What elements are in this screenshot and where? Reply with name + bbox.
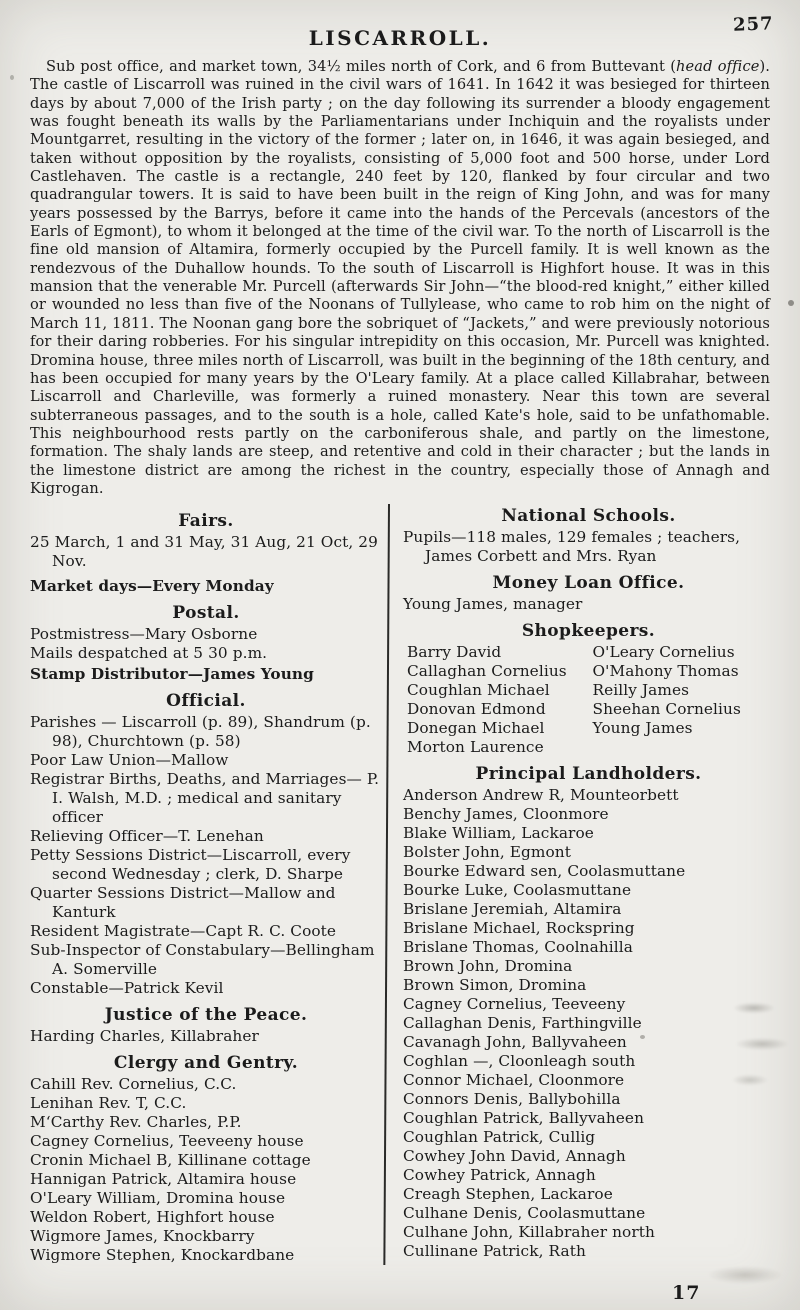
fairs-heading: Fairs. xyxy=(30,511,382,531)
landholder-entry: Culhane Denis, Coolasmuttane xyxy=(403,1204,774,1223)
official-entry: Quarter Sessions District—Mallow and Kan… xyxy=(30,884,382,922)
page-number-bottom: 17 xyxy=(672,1282,700,1304)
money-loan-office-heading: Money Loan Office. xyxy=(403,573,774,593)
clergy-entry: Cagney Cornelius, Teeveeny house xyxy=(30,1132,382,1151)
clergy-entry: Wigmore James, Knockbarry xyxy=(30,1227,382,1246)
shopkeeper-entry: Callaghan Cornelius xyxy=(403,662,589,681)
clergy-and-gentry-heading: Clergy and Gentry. xyxy=(30,1053,382,1073)
clergy-entry: O'Leary William, Dromina house xyxy=(30,1189,382,1208)
landholder-entry: Blake William, Lackaroe xyxy=(403,824,774,843)
justice-entry: Harding Charles, Killabraher xyxy=(30,1027,382,1046)
shopkeepers-col1: Barry DavidCallaghan CorneliusCoughlan M… xyxy=(403,643,589,757)
shopkeepers-columns: Barry DavidCallaghan CorneliusCoughlan M… xyxy=(403,643,774,757)
official-entry: Resident Magistrate—Capt R. C. Coote xyxy=(30,922,382,941)
shopkeeper-entry: Coughlan Michael xyxy=(403,681,589,700)
left-column: Fairs. 25 March, 1 and 31 May, 31 Aug, 2… xyxy=(30,504,382,1265)
stamp-distributor-line: Stamp Distributor—James Young xyxy=(30,665,382,684)
clergy-entry: M‘Carthy Rev. Charles, P.P. xyxy=(30,1113,382,1132)
page-number-top: 257 xyxy=(733,13,774,35)
official-entry: Poor Law Union—Mallow xyxy=(30,751,382,770)
landholder-entry: Benchy James, Cloonmore xyxy=(403,805,774,824)
shopkeeper-entry: O'Mahony Thomas xyxy=(589,662,775,681)
landholder-entry: Brown Simon, Dromina xyxy=(403,976,774,995)
official-entry: Relieving Officer—T. Lenehan xyxy=(30,827,382,846)
page-title: LISCARROLL. xyxy=(0,26,800,50)
postal-list: Postmistress—Mary OsborneMails despatche… xyxy=(30,625,382,663)
landholder-entry: Brislane Jeremiah, Altamira xyxy=(403,900,774,919)
landholder-entry: Coughlan Patrick, Ballyvaheen xyxy=(403,1109,774,1128)
landholder-entry: Culhane John, Killabraher north xyxy=(403,1223,774,1242)
landholder-entry: Bolster John, Egmont xyxy=(403,843,774,862)
shopkeeper-entry: Reilly James xyxy=(589,681,775,700)
official-entry: Registrar Births, Deaths, and Marriages—… xyxy=(30,770,382,827)
postal-entry: Postmistress—Mary Osborne xyxy=(30,625,382,644)
right-column: National Schools. Pupils—118 males, 129 … xyxy=(390,504,774,1265)
landholder-entry: Cagney Cornelius, Teeveeny xyxy=(403,995,774,1014)
landholder-entry: Brislane Thomas, Coolnahilla xyxy=(403,938,774,957)
clergy-entry: Hannigan Patrick, Altamira house xyxy=(30,1170,382,1189)
official-entry: Sub-Inspector of Constabulary—Bellingham… xyxy=(30,941,382,979)
national-schools-text: Pupils—118 males, 129 females ; teachers… xyxy=(403,528,774,566)
justice-of-the-peace-heading: Justice of the Peace. xyxy=(30,1005,382,1025)
landholder-entry: Anderson Andrew R, Mounteorbett xyxy=(403,786,774,805)
landholder-entry: Coghlan —, Cloonleagh south xyxy=(403,1052,774,1071)
principal-landholders-heading: Principal Landholders. xyxy=(403,764,774,784)
shopkeeper-entry: Morton Laurence xyxy=(403,738,589,757)
postal-heading: Postal. xyxy=(30,603,382,623)
landholder-entry: Callaghan Denis, Farthingville xyxy=(403,1014,774,1033)
official-entry: Constable—Patrick Kevil xyxy=(30,979,382,998)
clergy-entry: Lenihan Rev. T, C.C. xyxy=(30,1094,382,1113)
official-entry: Parishes — Liscarroll (p. 89), Shandrum … xyxy=(30,713,382,751)
landholder-entry: Brislane Michael, Rockspring xyxy=(403,919,774,938)
shopkeeper-entry: Young James xyxy=(589,719,775,738)
principal-landholders-list: Anderson Andrew R, MounteorbettBenchy Ja… xyxy=(403,786,774,1261)
intro-text-2: ). The castle of Liscarroll was ruined i… xyxy=(30,58,770,497)
justice-of-the-peace-list: Harding Charles, Killabraher xyxy=(30,1027,382,1046)
market-days-line: Market days—Every Monday xyxy=(30,577,382,596)
clergy-and-gentry-list: Cahill Rev. Cornelius, C.C.Lenihan Rev. … xyxy=(30,1075,382,1265)
column-divider-rule xyxy=(383,504,390,1265)
shopkeepers-col2: O'Leary CorneliusO'Mahony ThomasReilly J… xyxy=(589,643,775,757)
shopkeeper-entry: Donovan Edmond xyxy=(403,700,589,719)
money-loan-entry: Young James, manager xyxy=(403,595,774,614)
shopkeepers-heading: Shopkeepers. xyxy=(403,621,774,641)
landholder-entry: Coughlan Patrick, Cullig xyxy=(403,1128,774,1147)
clergy-entry: Weldon Robert, Highfort house xyxy=(30,1208,382,1227)
fairs-dates: 25 March, 1 and 31 May, 31 Aug, 21 Oct, … xyxy=(30,533,382,571)
intro-text-1: Sub post office, and market town, 34½ mi… xyxy=(46,58,676,75)
intro-italic: head office xyxy=(676,58,759,75)
official-entry: Petty Sessions District—Liscarroll, ever… xyxy=(30,846,382,884)
clergy-entry: Cahill Rev. Cornelius, C.C. xyxy=(30,1075,382,1094)
shopkeeper-entry: Barry David xyxy=(403,643,589,662)
landholder-entry: Bourke Edward sen, Coolasmuttane xyxy=(403,862,774,881)
clergy-entry: Wigmore Stephen, Knockardbane xyxy=(30,1246,382,1265)
national-schools-heading: National Schools. xyxy=(403,506,774,526)
money-loan-office-list: Young James, manager xyxy=(403,595,774,614)
landholder-entry: Connor Michael, Cloonmore xyxy=(403,1071,774,1090)
landholder-entry: Cavanagh John, Ballyvaheen xyxy=(403,1033,774,1052)
landholder-entry: Bourke Luke, Coolasmuttane xyxy=(403,881,774,900)
landholder-entry: Cowhey John David, Annagh xyxy=(403,1147,774,1166)
scan-artifact xyxy=(10,75,14,80)
scanned-directory-page: 257 LISCARROLL. Sub post office, and mar… xyxy=(0,0,800,1310)
intro-paragraph: Sub post office, and market town, 34½ mi… xyxy=(30,58,770,498)
two-column-section: Fairs. 25 March, 1 and 31 May, 31 Aug, 2… xyxy=(30,504,774,1265)
landholder-entry: Brown John, Dromina xyxy=(403,957,774,976)
landholder-entry: Connors Denis, Ballybohilla xyxy=(403,1090,774,1109)
clergy-entry: Cronin Michael B, Killinane cottage xyxy=(30,1151,382,1170)
official-heading: Official. xyxy=(30,691,382,711)
landholder-entry: Cullinane Patrick, Rath xyxy=(403,1242,774,1261)
shopkeeper-entry: Sheehan Cornelius xyxy=(589,700,775,719)
shopkeeper-entry: Donegan Michael xyxy=(403,719,589,738)
official-list: Parishes — Liscarroll (p. 89), Shandrum … xyxy=(30,713,382,998)
shopkeeper-entry: O'Leary Cornelius xyxy=(589,643,775,662)
landholder-entry: Creagh Stephen, Lackaroe xyxy=(403,1185,774,1204)
scan-artifact xyxy=(788,300,794,306)
landholder-entry: Cowhey Patrick, Annagh xyxy=(403,1166,774,1185)
postal-entry: Mails despatched at 5 30 p.m. xyxy=(30,644,382,663)
